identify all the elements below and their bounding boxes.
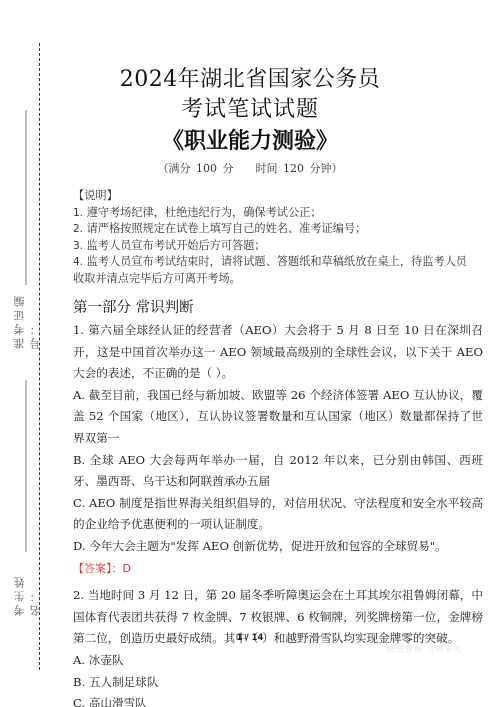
score-time-info: （满分 100 分 时间 120 分钟）: [0, 160, 500, 176]
option-c: C. AEO 制度是指世界海关组织倡导的，对信用状况、守法程度和安全水平较高的企…: [73, 493, 483, 536]
candidate-name-underline: [25, 380, 27, 552]
candidate-name-label: 考生姓名：: [12, 556, 30, 616]
instruction-item: 3. 监考人员宣布考试开始后方可答题；: [73, 238, 473, 255]
exam-id-label: 准考证编号：: [12, 287, 30, 349]
question-1: 1. 第六届全球经认证的经营者（AEO）大会将于 5 月 8 日至 10 日在深…: [73, 320, 483, 579]
page-number: 1 / 14: [0, 633, 500, 643]
section-title: 第一部分 常识判断: [73, 296, 194, 317]
document-title-line1: 2024年湖北省国家公务员: [0, 62, 500, 93]
option-b: B. 五人制足球队: [73, 672, 483, 694]
option-b: B. 全球 AEO 大会每两年举办一届，自 2012 年以来，已分别由韩国、西班…: [73, 450, 483, 493]
instruction-item: 2. 请严格按照规定在试卷上填写自己的姓名、准考证编号；: [73, 221, 473, 238]
question-stem: 1. 第六届全球经认证的经营者（AEO）大会将于 5 月 8 日至 10 日在深…: [73, 320, 483, 385]
watermark: 精选整理 仅供参考: [387, 644, 463, 655]
option-c: C. 高山滑雪队: [73, 693, 483, 707]
document-subject-title: 《职业能力测验》: [0, 124, 500, 155]
instruction-item: 4. 监考人员宣布考试结束时，请将试题、答题纸和草稿纸放在桌上，待监考人员收取并…: [73, 254, 473, 287]
instructions-block: 【说明】 1. 遵守考场纪律，杜绝违纪行为，确保考试公正； 2. 请严格按照规定…: [73, 188, 473, 287]
instruction-item: 1. 遵守考场纪律，杜绝违纪行为，确保考试公正；: [73, 205, 473, 222]
option-d: D. 今年大会主题为"发挥 AEO 创新优势，促进开放和包容的全球贸易"。: [73, 536, 483, 558]
option-a: A. 截至目前，我国已经与新加坡、欧盟等 26 个经济体签署 AEO 互认协议，…: [73, 385, 483, 450]
document-title-line2: 考试笔试试题: [0, 92, 500, 123]
instructions-heading: 【说明】: [73, 188, 473, 205]
answer-label: 【答案】：D: [73, 558, 483, 580]
